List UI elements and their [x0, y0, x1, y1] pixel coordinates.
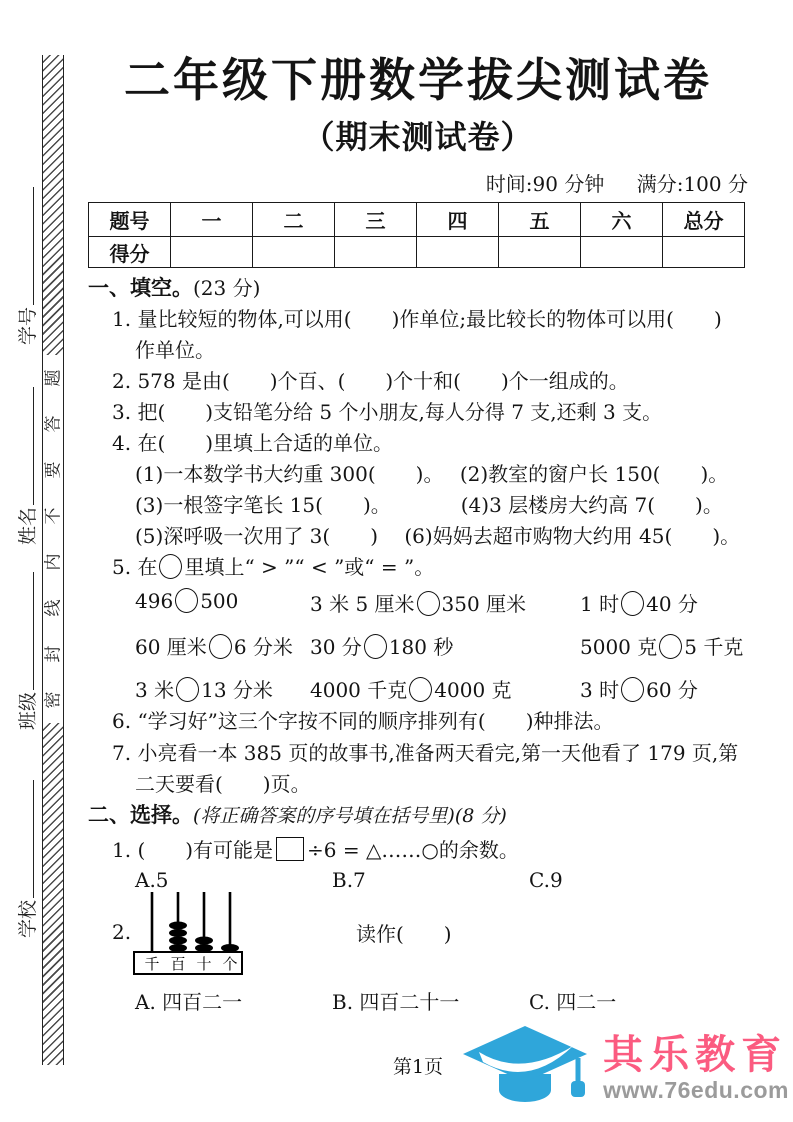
score-header-cell: 二 — [253, 203, 335, 237]
compare-item: 3 米 5 厘米350 厘米 — [310, 588, 526, 617]
score-input-cell — [335, 237, 417, 268]
score-header-cell: 题号 — [89, 203, 171, 237]
school-label: 学校 — [17, 900, 39, 938]
place-label-thousands: 千 — [144, 955, 159, 973]
compare-item: 1 时40 分 — [580, 588, 698, 617]
question-7-line-2: 二天要看( )页。 — [135, 768, 311, 797]
score-header-cell: 五 — [499, 203, 581, 237]
score-row-label: 得分 — [89, 237, 171, 268]
question-3: 3. 把( )支铅笔分给 5 个小朋友,每人分得 7 支,还剩 3 支。 — [112, 396, 662, 425]
option-c: C. 四二一 — [529, 990, 616, 1014]
compare-item: 30 分180 秒 — [310, 631, 453, 660]
compare-circle — [159, 554, 182, 579]
compare-circle — [409, 677, 432, 702]
publisher-logo-text: 其乐教育 www.76edu.com — [603, 1033, 789, 1104]
student-name-blank-line — [14, 387, 34, 505]
time-limit: 时间:90 分钟 — [486, 172, 605, 196]
blank-box-icon — [276, 837, 304, 861]
question-5: 5. 在里填上“ > ”“ < ”或“ = ”。 — [112, 551, 434, 580]
score-input-cell — [171, 237, 253, 268]
paper-title: 二年级下册数学拔尖测试卷 — [88, 44, 748, 110]
publisher-logo: 其乐教育 www.76edu.com — [463, 1026, 789, 1110]
seal-hatch-bottom — [43, 723, 63, 1065]
abacus-figure: 千 百 十 个 — [132, 890, 244, 980]
score-input-cell — [253, 237, 335, 268]
student-id-label: 学号 — [17, 307, 39, 345]
question-4-row-2: (3)一根签字笔长 15( )。 (4)3 层楼房大约高 7( )。 — [135, 489, 723, 518]
score-header-cell: 一 — [171, 203, 253, 237]
option-c: C.9 — [529, 868, 563, 892]
student-id-field: 学号 — [13, 145, 39, 345]
seal-line-band: 题答要不内线封密 — [42, 55, 64, 1065]
score-table-header-row: 题号 一 二 三 四 五 六 总分 — [89, 203, 745, 237]
score-input-cell — [417, 237, 499, 268]
option-a: A.5 — [135, 868, 332, 892]
school-blank-line — [14, 780, 34, 898]
seal-hatch-top — [43, 55, 63, 355]
question-6: 6. “学习好”这三个字按不同的顺序排列有( )种排法。 — [112, 705, 614, 734]
question-2: 2. 578 是由( )个百、( )个十和( )个一组成的。 — [112, 365, 629, 394]
option-a: A. 四百二一 — [135, 986, 332, 1015]
question-4-row-3: (5)深呼吸一次用了 3( ) (6)妈妈去超市购物大约用 45( )。 — [135, 520, 740, 549]
compare-item: 5000 克5 千克 — [580, 631, 743, 660]
compare-circle — [659, 634, 682, 659]
compare-circle — [621, 591, 644, 616]
class-blank-line — [14, 572, 34, 690]
question-7-line-1: 7. 小亮看一本 385 页的故事书,准备两天看完,第一天他看了 179 页,第 — [112, 737, 738, 766]
school-field: 学校 — [13, 738, 39, 938]
compare-circle — [621, 677, 644, 702]
score-input-cell — [499, 237, 581, 268]
place-label-tens: 十 — [196, 955, 211, 973]
score-header-cell: 四 — [417, 203, 499, 237]
place-label-hundreds: 百 — [170, 955, 185, 973]
exam-paper: 二年级下册数学拔尖测试卷 （期末测试卷） 时间:90 分钟 满分:100 分 题… — [88, 0, 748, 1122]
compare-item: 4000 千克4000 克 — [310, 674, 512, 703]
seal-line-text: 题答要不内线封密 — [43, 355, 63, 723]
score-table-score-row: 得分 — [89, 237, 745, 268]
compare-circle — [176, 677, 199, 702]
question-1-line-1: 1. 量比较短的物体,可以用( )作单位;最比较长的物体可以用( ) — [112, 303, 722, 332]
section2-question-1: 1. ( )有可能是÷6 = △……○的余数。 — [112, 834, 519, 863]
section2-question-2-number: 2. — [112, 920, 131, 944]
publisher-website: www.76edu.com — [603, 1077, 789, 1104]
section2-question-2-options: A. 四百二一B. 四百二十一C. 四二一 — [135, 986, 616, 1015]
section1-heading: 一、填空。(23 分) — [88, 272, 260, 302]
place-label-ones: 个 — [222, 955, 237, 973]
score-header-cell: 三 — [335, 203, 417, 237]
question-4-row-1: (1)一本数学书大约重 300( )。 (2)教室的窗户长 150( )。 — [135, 458, 728, 487]
section2-question-2-caption: 读作( ) — [356, 918, 452, 947]
section2-question-1-options: A.5B.7C.9 — [135, 868, 563, 892]
compare-circle — [364, 634, 387, 659]
score-header-cell: 总分 — [663, 203, 745, 237]
section2-heading: 二、选择。(将正确答案的序号填在括号里)(8 分) — [88, 799, 507, 829]
question-1-line-2: 作单位。 — [135, 334, 215, 363]
compare-item: 3 米13 分米 — [135, 674, 273, 703]
compare-circle — [209, 634, 232, 659]
full-score: 满分:100 分 — [637, 172, 748, 196]
option-b: B.7 — [332, 868, 529, 892]
paper-subtitle: （期末测试卷） — [88, 112, 748, 158]
compare-circle — [417, 591, 440, 616]
score-header-cell: 六 — [581, 203, 663, 237]
publisher-brand-name: 其乐教育 — [603, 1033, 787, 1077]
compare-item: 496500 — [135, 588, 238, 613]
compare-item: 60 厘米6 分米 — [135, 631, 293, 660]
question-4: 4. 在( )里填上合适的单位。 — [112, 427, 393, 456]
compare-item: 3 时60 分 — [580, 674, 698, 703]
score-input-cell — [663, 237, 745, 268]
compare-circle — [175, 588, 198, 613]
score-input-cell — [581, 237, 663, 268]
student-id-blank-line — [14, 187, 34, 305]
option-b: B. 四百二十一 — [332, 986, 529, 1015]
graduation-cap-icon — [463, 1026, 595, 1110]
time-score-info: 时间:90 分钟 满分:100 分 — [88, 168, 748, 197]
score-table: 题号 一 二 三 四 五 六 总分 得分 — [88, 202, 745, 268]
